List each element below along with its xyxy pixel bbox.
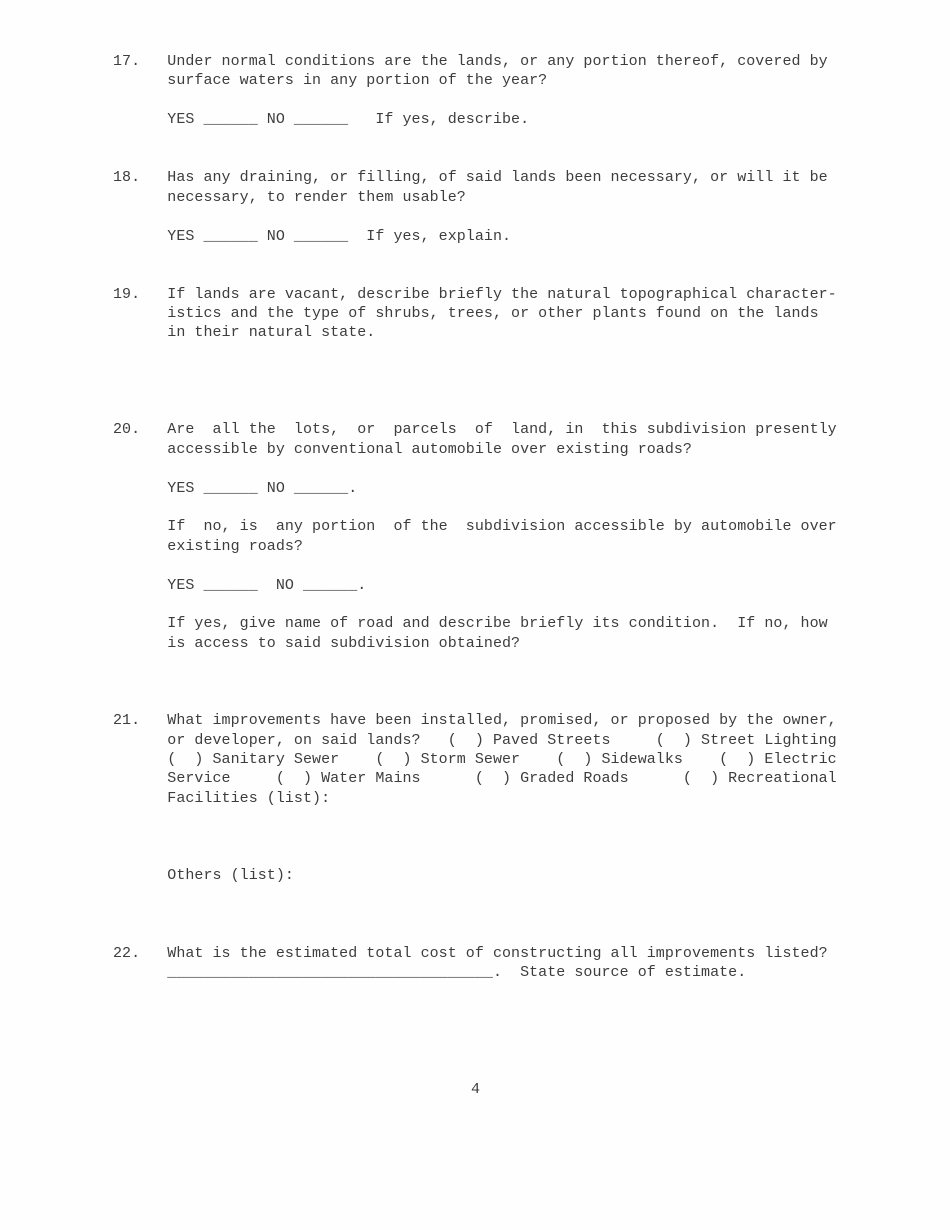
question-22-blank-line: ____________________________________. St…: [113, 963, 838, 982]
question-20-line-3: If no, is any portion of the subdivision…: [113, 517, 838, 536]
blank-line: [113, 692, 838, 711]
blank-line: [113, 1002, 838, 1021]
question-18-line-2: necessary, to render them usable?: [113, 188, 838, 207]
blank-line: [113, 343, 838, 362]
document-lines: 17. Under normal conditions are the land…: [113, 52, 838, 1099]
question-17-line-2: surface waters in any portion of the yea…: [113, 71, 838, 90]
blank-line: [113, 925, 838, 944]
question-21-line-5: Facilities (list):: [113, 789, 838, 808]
blank-line: [113, 459, 838, 478]
question-22-line-1: 22. What is the estimated total cost of …: [113, 944, 838, 963]
question-21-line-4: Service ( ) Water Mains ( ) Graded Roads…: [113, 769, 838, 788]
blank-line: [113, 595, 838, 614]
blank-line: [113, 149, 838, 168]
question-21-line-1: 21. What improvements have been installe…: [113, 711, 838, 730]
question-21-others-line: Others (list):: [113, 866, 838, 885]
question-20-line-5: If yes, give name of road and describe b…: [113, 614, 838, 633]
blank-line: [113, 808, 838, 827]
blank-line: [113, 246, 838, 265]
blank-line: [113, 130, 838, 149]
question-18-yes-no-line: YES ______ NO ______ If yes, explain.: [113, 227, 838, 246]
blank-line: [113, 1041, 838, 1060]
page-number: 4: [113, 1080, 838, 1099]
question-20-line-4: existing roads?: [113, 537, 838, 556]
question-17-yes-no-line: YES ______ NO ______ If yes, describe.: [113, 110, 838, 129]
question-20-yes-no-line-2: YES ______ NO ______.: [113, 576, 838, 595]
blank-line: [113, 847, 838, 866]
question-21-line-3: ( ) Sanitary Sewer ( ) Storm Sewer ( ) S…: [113, 750, 838, 769]
blank-line: [113, 905, 838, 924]
question-19-line-1: 19. If lands are vacant, describe briefl…: [113, 285, 838, 304]
question-20-yes-no-line-1: YES ______ NO ______.: [113, 479, 838, 498]
blank-line: [113, 556, 838, 575]
question-20-line-1: 20. Are all the lots, or parcels of land…: [113, 420, 838, 439]
question-20-line-6: is access to said subdivision obtained?: [113, 634, 838, 653]
blank-line: [113, 401, 838, 420]
question-19-line-3: in their natural state.: [113, 323, 838, 342]
blank-line: [113, 1060, 838, 1079]
blank-line: [113, 983, 838, 1002]
blank-line: [113, 207, 838, 226]
blank-line: [113, 886, 838, 905]
question-21-line-2: or developer, on said lands? ( ) Paved S…: [113, 731, 838, 750]
blank-line: [113, 498, 838, 517]
blank-line: [113, 265, 838, 284]
blank-line: [113, 828, 838, 847]
blank-line: [113, 91, 838, 110]
blank-line: [113, 1022, 838, 1041]
question-20-line-2: accessible by conventional automobile ov…: [113, 440, 838, 459]
blank-line: [113, 673, 838, 692]
question-18-line-1: 18. Has any draining, or filling, of sai…: [113, 168, 838, 187]
blank-line: [113, 362, 838, 381]
question-19-line-2: istics and the type of shrubs, trees, or…: [113, 304, 838, 323]
document-page: 17. Under normal conditions are the land…: [0, 0, 950, 1230]
blank-line: [113, 653, 838, 672]
blank-line: [113, 382, 838, 401]
question-17-line-1: 17. Under normal conditions are the land…: [113, 52, 838, 71]
